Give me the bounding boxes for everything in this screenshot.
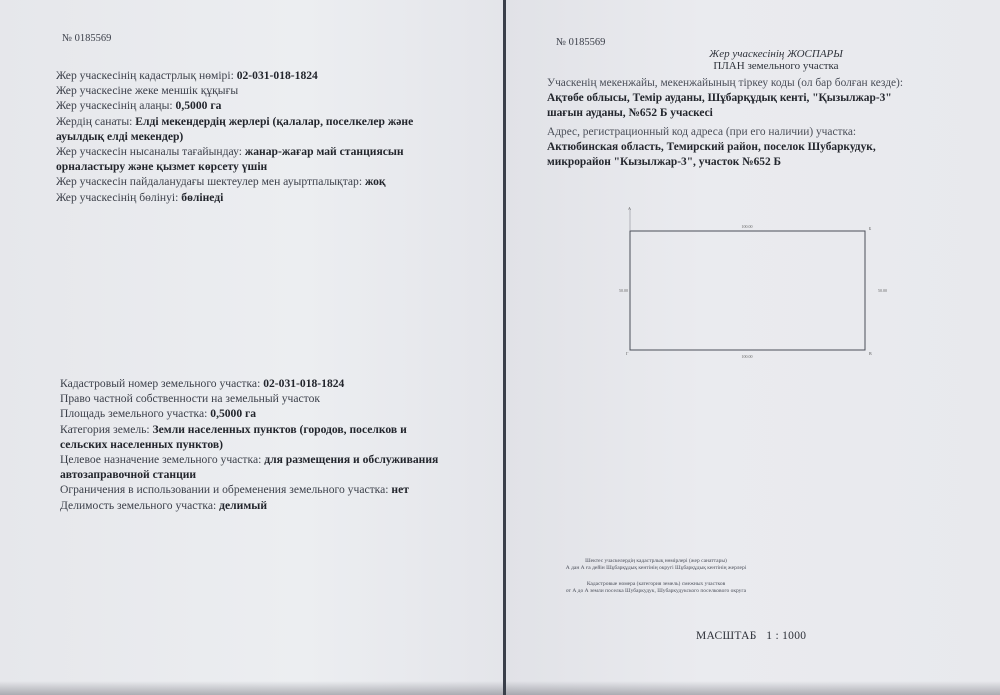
page-shadow: [0, 681, 503, 695]
side-length: 50.00: [619, 288, 628, 293]
detail-line: Жер учаскесінің бөлінуі: бөлінеді: [56, 190, 496, 205]
legend-line: Кадастровые номера (категория земель) см…: [536, 581, 776, 588]
side-length: 100.00: [742, 354, 753, 359]
serial-number: № 0185569: [556, 37, 605, 48]
detail-line: Категория земель: Земли населенных пункт…: [60, 422, 500, 437]
address-value: Актюбинская область, Темирский район, по…: [547, 140, 992, 155]
address-kazakh: Учаскенің мекенжайы, мекенжайының тіркеу…: [547, 76, 992, 121]
address-label: Адрес, регистрационный код адреса (при е…: [547, 125, 992, 140]
scale-label: МАСШТАБ: [696, 630, 757, 642]
scale: МАСШТАБ 1 : 1000: [696, 630, 806, 642]
page-shadow: [506, 681, 1000, 695]
detail-line: Делимость земельного участка: делимый: [60, 498, 500, 513]
corner-label: Б: [869, 226, 872, 231]
address-russian: Адрес, регистрационный код адреса (при е…: [547, 125, 992, 170]
detail-line: сельских населенных пунктов): [60, 437, 500, 452]
detail-line: Целевое назначение земельного участка: д…: [60, 452, 500, 467]
scale-value: 1 : 1000: [766, 630, 806, 642]
detail-line: автозаправочной станции: [60, 467, 500, 482]
adjacent-legend-kazakh: Шектес учаскелердің кадастрлық нөмірлері…: [536, 558, 776, 572]
address-value: микрорайон "Кызылжар-3", участок №652 Б: [547, 155, 992, 170]
left-page: № 0185569 Жер учаскесінің кадастрлық нөм…: [0, 0, 503, 695]
address-value: Ақтөбе облысы, Темір ауданы, Шұбарқұдық …: [547, 91, 992, 106]
detail-line: Жер учаскесіне жеке меншік құқығы: [56, 83, 496, 98]
plan-title-kazakh: Жер учаскесінің ЖОСПАРЫ: [656, 48, 896, 60]
serial-number: № 0185569: [62, 33, 111, 44]
detail-line: Площадь земельного участка: 0,5000 га: [60, 406, 500, 421]
corner-label: A: [628, 206, 631, 211]
right-page: № 0185569 Жер учаскесінің ЖОСПАРЫ ПЛАН з…: [506, 0, 1000, 695]
land-plot-plan: A Б В Г 100.00 100.00 50.00 50.00: [606, 200, 906, 370]
detail-line: орналастыру және қызмет көрсету үшін: [56, 159, 496, 174]
legend-line: Шектес учаскелердің кадастрлық нөмірлері…: [536, 558, 776, 565]
detail-line: Кадастровый номер земельного участка: 02…: [60, 376, 500, 391]
detail-line: Ограничения в использовании и обременени…: [60, 482, 500, 497]
address-label: Учаскенің мекенжайы, мекенжайының тіркеу…: [547, 76, 992, 91]
corner-label: Г: [626, 351, 629, 356]
adjacent-legend-russian: Кадастровые номера (категория земель) см…: [536, 581, 776, 595]
side-length: 50.00: [878, 288, 887, 293]
legend-line: А дан А ға дейін Шұбарқұдық кентінің окр…: [536, 565, 776, 572]
address-value: шағын ауданы, №652 Б учаскесі: [547, 106, 992, 121]
corner-label: В: [869, 351, 872, 356]
detail-line: Жер учаскесінің кадастрлық нөмірі: 02-03…: [56, 68, 496, 83]
kazakh-details: Жер учаскесінің кадастрлық нөмірі: 02-03…: [56, 68, 496, 205]
detail-line: Жер учаскесін пайдаланудағы шектеулер ме…: [56, 174, 496, 189]
plan-title-russian: ПЛАН земельного участка: [656, 60, 896, 72]
side-length: 100.00: [742, 224, 753, 229]
legend-line: от А до А земли поселка Шубаркудук, Шуба…: [536, 588, 776, 595]
detail-line: Жер учаскесін нысаналы тағайындау: жанар…: [56, 144, 496, 159]
detail-line: Жер учаскесінің алаңы: 0,5000 га: [56, 98, 496, 113]
russian-details: Кадастровый номер земельного участка: 02…: [60, 376, 500, 513]
detail-line: ауылдық елді мекендер): [56, 129, 496, 144]
detail-line: Жердің санаты: Елді мекендердің жерлері …: [56, 114, 496, 129]
detail-line: Право частной собственности на земельный…: [60, 391, 500, 406]
